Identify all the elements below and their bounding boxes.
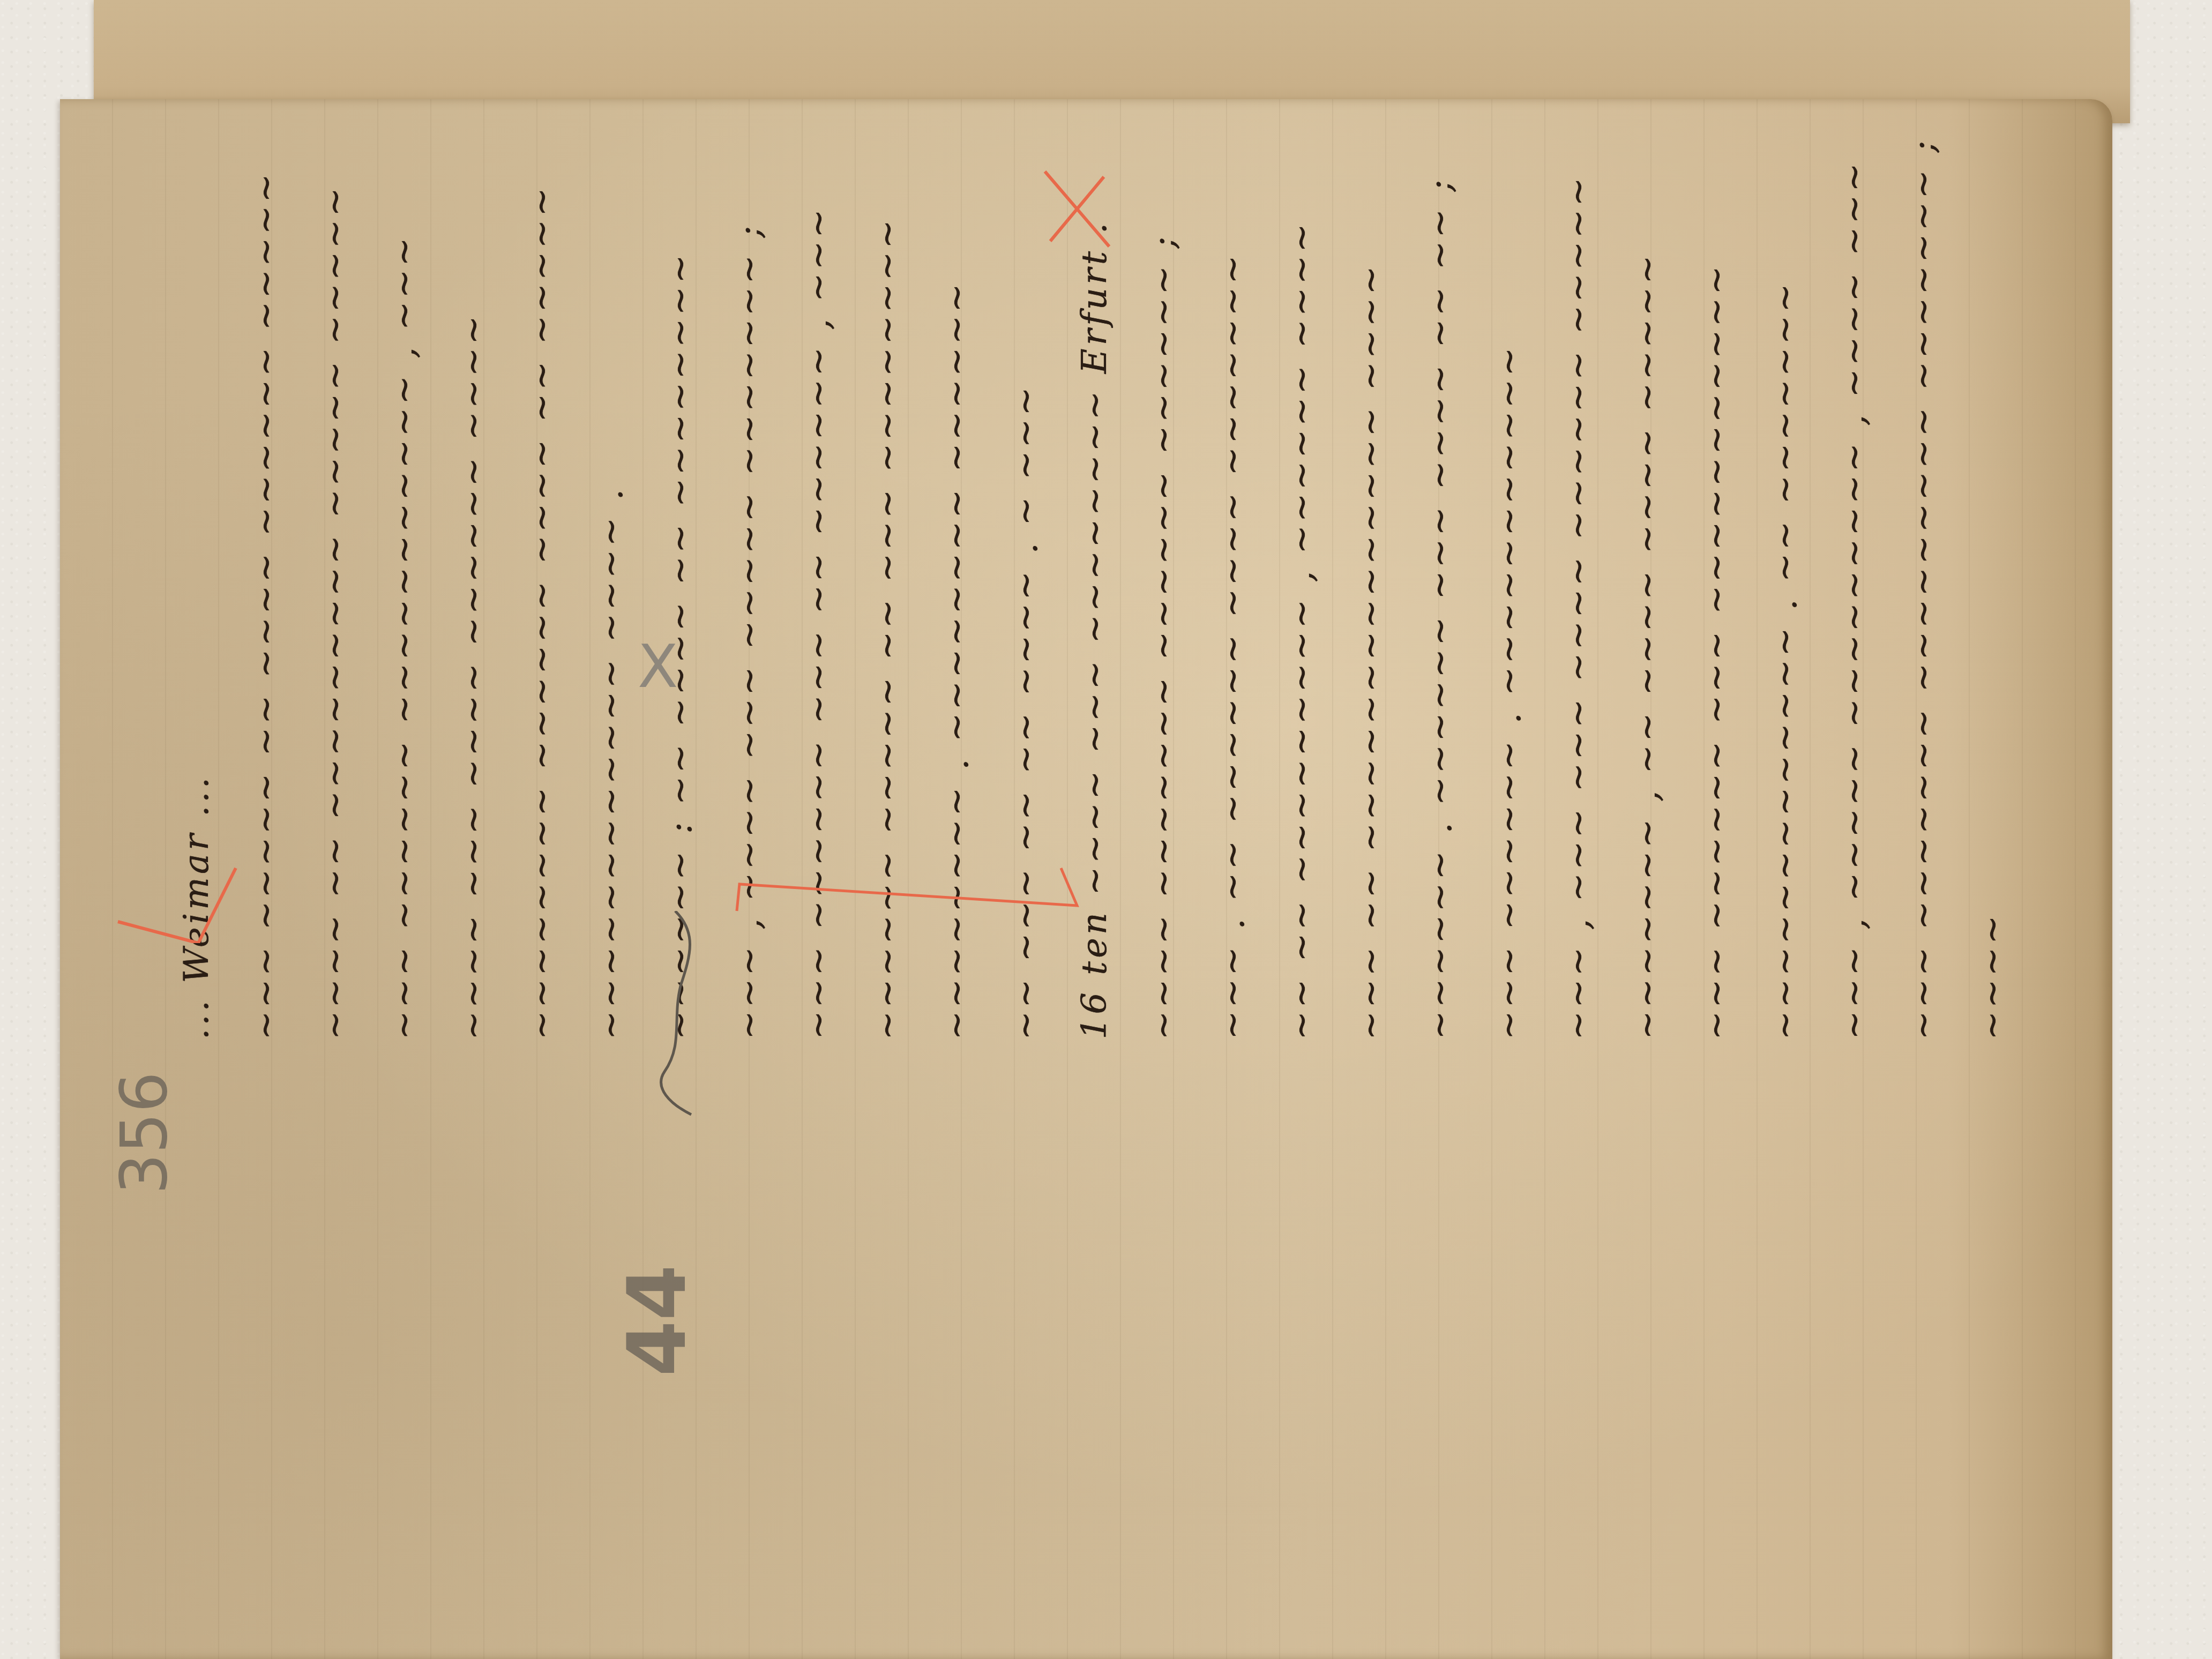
handwritten-line: ~~~ , ~~~~~ ~~~~~~~~~ , ~~~~ ~~~ — [1834, 160, 1874, 1040]
handwritten-line: ~~ ~~~ ~~ ~~ ~~~~ . ~ ~~~ — [1006, 384, 1045, 1040]
handwritten-line: ~~~ ~~~~~~ ~~~ ~~~~~~~~~~~ — [1697, 263, 1736, 1040]
handwritten-line: ~~~~ — [1972, 912, 2012, 1040]
red-crayon-bracket-1 — [113, 857, 252, 943]
handwritten-line: ~~~ , ~~~ ~~~ ~~~~ ~~~~~~ ~~~~~ — [1558, 174, 1598, 1040]
handwritten-line: ~~~ . ~~ ~~~~~~ ~~~~ ~~~~~~~ — [1213, 252, 1252, 1040]
red-crayon-bracket-2 — [734, 836, 1088, 922]
handwritten-line: ~~~ ~~~~~~ . ~~~~~~~~~~~ — [1489, 344, 1529, 1040]
handwritten-line: ~~~~ ~~~~~~~ ~~~~~~ ~~~~~~ ; — [1144, 234, 1183, 1040]
pencil-squiggle-line — [643, 911, 707, 1125]
handwritten-line: ~~~ ~~ ~~~~~~~~~~~~~~ ~~~~ — [1351, 263, 1391, 1040]
handwritten-line: ~~~~~~~ , ~~ ~~~~ ~~~~ ~~~~~ — [1627, 252, 1667, 1040]
handwritten-line: ~~~~~~~~~~~~~ . ~~ ~~~~~~~ — [1765, 280, 1805, 1040]
handwritten-line: ~~~~~~~~~~~~ ~~~~ . — [591, 486, 631, 1040]
sheet-number: 44 — [611, 1265, 704, 1377]
folio-number: 356 — [107, 1072, 182, 1194]
pencil-x-mark: X — [638, 632, 678, 701]
handwritten-line: ~~~ ~~~~~~ ~~~~~~~~~~~ , ~~~ — [384, 234, 424, 1040]
handwritten-line: ~~~~~~~~ ~~~~~~ ~~~~ ~~ ~~~~~ — [522, 184, 562, 1040]
handwritten-line: ~~~~ ~~~ ~~~~ ~~~~~~ ~~~~ — [453, 312, 493, 1040]
handwritten-line: ~~~~~~ . ~~~~~~ ~~~ ~~~~ ~~ ~~ ; — [1420, 177, 1460, 1040]
handwritten-line: ~~~~ ~~ ~~~~~~~~~ ~~~~~ ~~~~~ — [315, 184, 355, 1040]
handwritten-line: ~~ ~~ ~~~~~~~~~ , ~~~~~~ ~~~~ — [1282, 220, 1321, 1040]
handwritten-line: ~~~~~~~~ . ~~~~~~~~ ~~~~~~ — [937, 280, 976, 1040]
red-crayon-x-mark — [1034, 161, 1120, 257]
handwritten-line: ~~~ ~~~~~~~ ~~~~~~~~~ ~~~~~~~ ; — [1903, 138, 1943, 1040]
